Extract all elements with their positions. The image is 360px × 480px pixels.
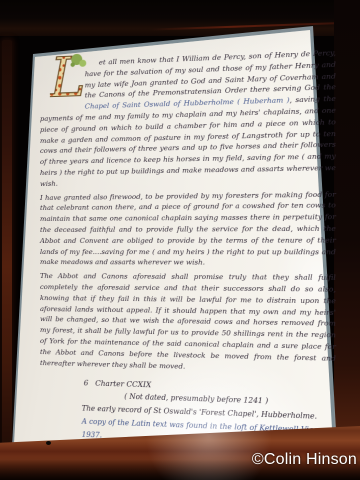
framed-charter-photo: L et all men know that I William de Perc… (0, 0, 360, 480)
charter-text-opening: et all men know that I William de Percy,… (85, 49, 336, 100)
charter-paragraph-2: I have granted also firewood, to be prov… (40, 189, 336, 270)
charter-text: L et all men know that I William de Perc… (40, 48, 336, 453)
illuminated-initial: L (36, 50, 78, 104)
frame-right-rail (334, 0, 360, 480)
dust-speck (46, 441, 51, 445)
charter-paragraph-1: L et all men know that I William de Perc… (40, 48, 336, 190)
copyright-watermark: ©Colin Hinson (252, 451, 357, 469)
frame-left-rail (2, 40, 12, 452)
charter-paragraph-3: The Abbot and Canons aforesaid shall pro… (40, 271, 336, 376)
